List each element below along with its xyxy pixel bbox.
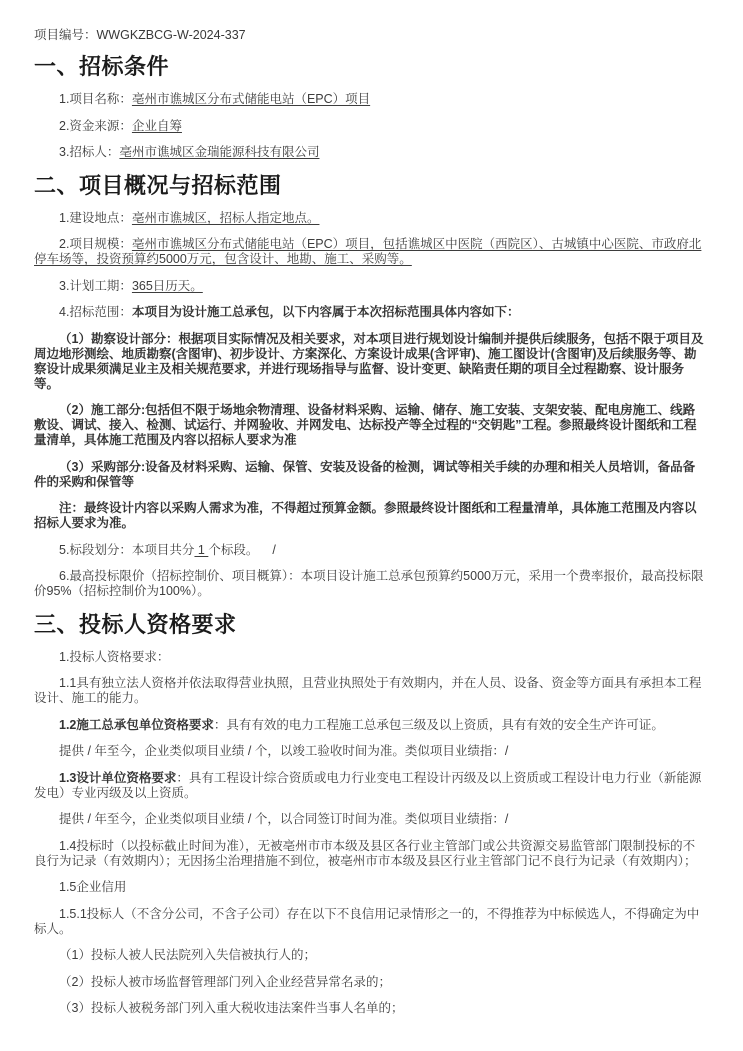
tenderee-label: 3.招标人： [59, 145, 119, 159]
construction-contractor-qualification-label: 1.2施工总承包单位资格要求 [59, 718, 214, 732]
funding-source-label: 2.资金来源： [59, 119, 132, 133]
construction-location-label: 1.建设地点： [59, 211, 132, 225]
lot-division-slash: / [272, 543, 275, 557]
qualification-intro-row: 1.投标人资格要求： [34, 650, 707, 665]
design-performance-note-row: 提供 / 年至今，企业类似项目业绩 / 个，以合同签订时间为准。类似项目业绩指：… [34, 812, 707, 827]
construction-location-value: 亳州市谯城区，招标人指定地点。 [132, 211, 320, 225]
bad-record-restriction-row: 1.4投标时（以投标截止时间为准），无被亳州市市本级及县区各行业主管部门或公共资… [34, 839, 707, 869]
design-unit-qualification-row: 1.3设计单位资格要求：具有工程设计综合资质或电力行业变电工程设计丙级及以上资质… [34, 771, 707, 801]
project-scale-value: 亳州市谯城区分布式储能电站（EPC）项目，包括谯城区中医院（西院区）、古城镇中心… [34, 237, 701, 266]
bidding-scope-value: 本项目为设计施工总承包，以下内容属于本次招标范围具体内容如下： [132, 305, 520, 319]
project-name-value: 亳州市谯城区分布式储能电站（EPC）项目 [132, 92, 370, 106]
scope-note: 注：最终设计内容以采购人需求为准，不得超过预算金额。参照最终设计图纸和工程量清单… [34, 501, 707, 531]
construction-contractor-qualification-value: ：具有有效的电力工程施工总承包三级及以上资质，具有有效的安全生产许可证。 [214, 718, 664, 732]
funding-source-value: 企业自筹 [132, 119, 182, 133]
lot-count-value: 1 [194, 543, 208, 557]
credit-item-abnormal-operation: （2）投标人被市场监督管理部门列入企业经营异常名录的； [34, 975, 707, 990]
enterprise-credit-heading-row: 1.5企业信用 [34, 880, 707, 895]
bidding-scope-row: 4.招标范围：本项目为设计施工总承包，以下内容属于本次招标范围具体内容如下： [34, 305, 707, 320]
scope-item-survey-design: （1）勘察设计部分：根据项目实际情况及相关要求，对本项目进行规划设计编制并提供后… [34, 332, 707, 392]
design-unit-qualification-label: 1.3设计单位资格要求 [59, 771, 176, 785]
credit-record-rule-row: 1.5.1投标人（不含分公司，不含子公司）存在以下不良信用记录情形之一的，不得推… [34, 907, 707, 937]
tender-document-page: 项目编号：WWGKZBCG-W-2024-337 一、招标条件 1.项目名称：亳… [0, 0, 743, 1016]
tenderee-value: 亳州市谯城区金瑞能源科技有限公司 [119, 145, 319, 159]
price-cap-row: 6.最高投标限价（招标控制价、项目概算）：本项目设计施工总承包预算约5000万元… [34, 569, 707, 599]
scope-item-procurement: （3）采购部分:设备及材料采购、运输、保管、安装及设备的检测，调试等相关手续的办… [34, 460, 707, 490]
credit-item-major-tax-violation: （3）投标人被税务部门列入重大税收违法案件当事人名单的； [34, 1001, 707, 1016]
bidding-scope-label: 4.招标范围： [59, 305, 132, 319]
lot-division-row: 5.标段划分：本项目共分 1 个标段。/ [34, 543, 707, 558]
scope-item-construction: （2）施工部分:包括但不限于场地余物清理、设备材料采购、运输、储存、施工安装、支… [34, 403, 707, 448]
section-title-project-overview: 二、项目概况与招标范围 [34, 172, 707, 200]
planned-duration-label: 3.计划工期： [59, 279, 132, 293]
construction-performance-note-row: 提供 / 年至今，企业类似项目业绩 / 个，以竣工验收时间为准。类似项目业绩指：… [34, 744, 707, 759]
lot-division-label: 5.标段划分：本项目共分 [59, 543, 194, 557]
project-scale-label: 2.项目规模： [59, 237, 132, 251]
section-title-bidder-qualification: 三、投标人资格要求 [34, 611, 707, 639]
project-number-line: 项目编号：WWGKZBCG-W-2024-337 [34, 28, 707, 43]
project-name-label: 1.项目名称： [59, 92, 132, 106]
planned-duration-row: 3.计划工期：365日历天。 [34, 279, 707, 294]
credit-item-dishonest-executee: （1）投标人被人民法院列入失信被执行人的； [34, 948, 707, 963]
qualification-legal-entity-row: 1.1具有独立法人资格并依法取得营业执照，且营业执照处于有效期内，并在人员、设备… [34, 676, 707, 706]
tenderee-row: 3.招标人：亳州市谯城区金瑞能源科技有限公司 [34, 145, 707, 160]
section-title-bidding-conditions: 一、招标条件 [34, 53, 707, 81]
planned-duration-value: 365日历天。 [132, 279, 203, 293]
project-scale-row: 2.项目规模：亳州市谯城区分布式储能电站（EPC）项目，包括谯城区中医院（西院区… [34, 237, 707, 267]
lot-division-suffix: 个标段。 [208, 543, 258, 557]
construction-contractor-qualification-row: 1.2施工总承包单位资格要求：具有有效的电力工程施工总承包三级及以上资质，具有有… [34, 718, 707, 733]
construction-location-row: 1.建设地点：亳州市谯城区，招标人指定地点。 [34, 211, 707, 226]
project-name-row: 1.项目名称：亳州市谯城区分布式储能电站（EPC）项目 [34, 92, 707, 107]
funding-source-row: 2.资金来源：企业自筹 [34, 119, 707, 134]
